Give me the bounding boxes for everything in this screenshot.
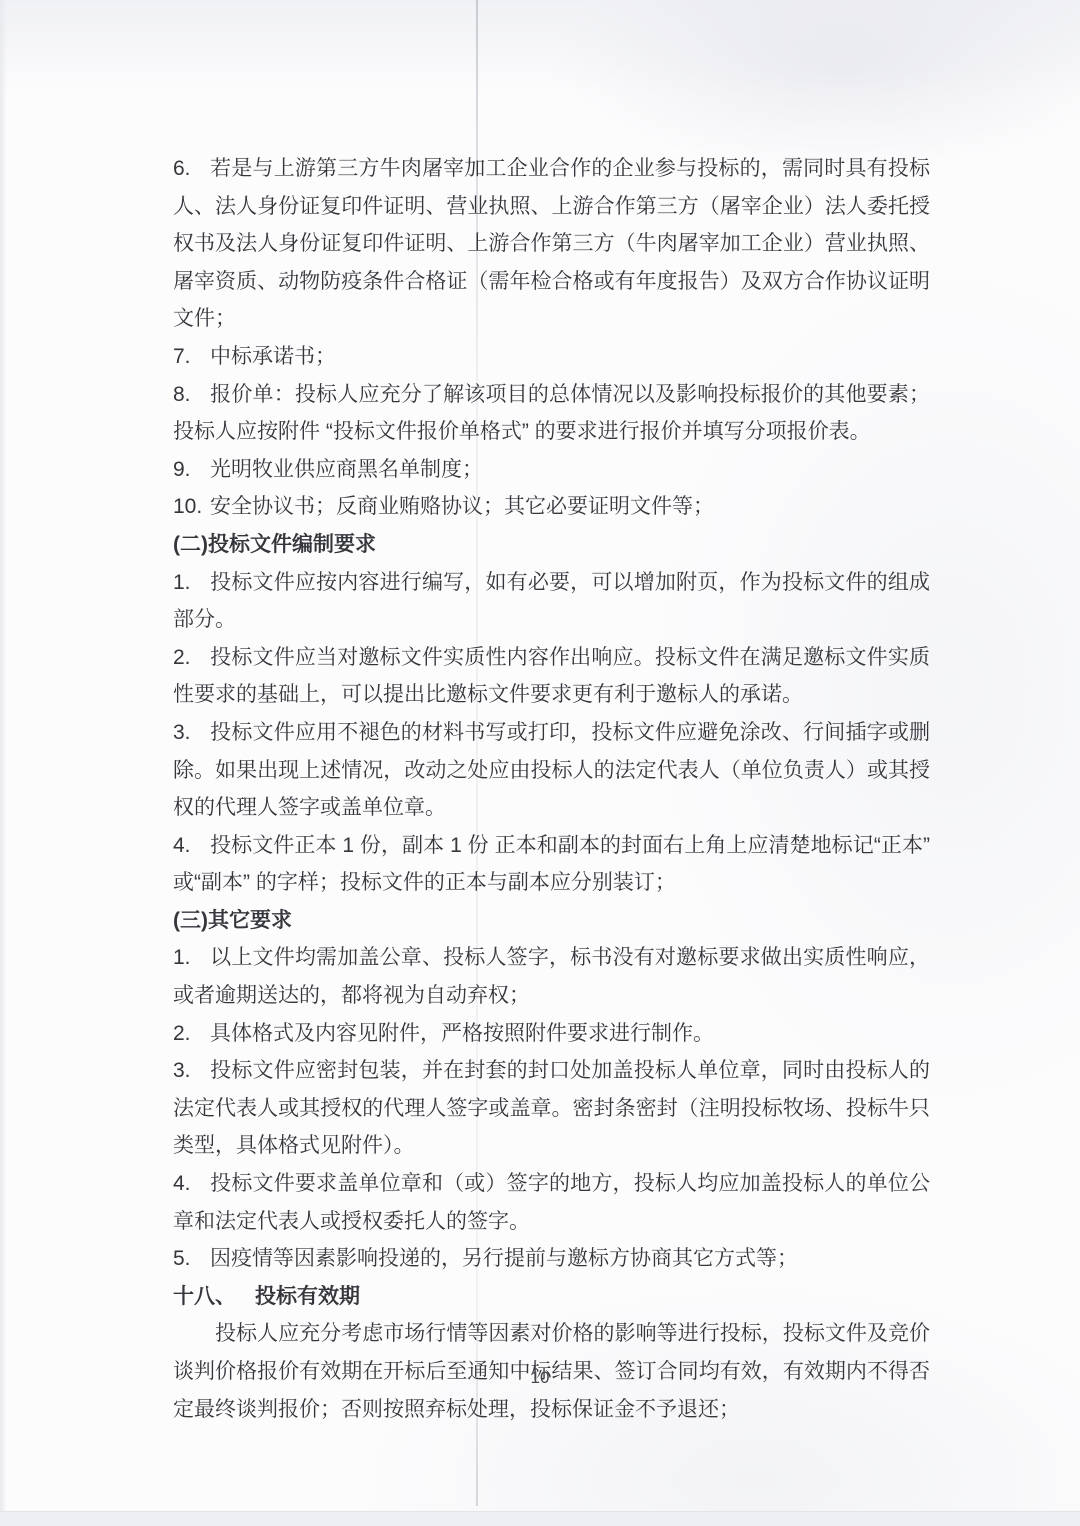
item-number: 十八、 bbox=[173, 1278, 255, 1316]
body-text: 投标文件应当对邀标文件实质性内容作出响应。投标文件在满足邀标文件实质性要求的基础… bbox=[173, 646, 930, 707]
page-bottom-edge-shadow bbox=[0, 1511, 1080, 1526]
heading-text: 投标有效期 bbox=[255, 1285, 360, 1308]
document-content: 6.若是与上游第三方牛肉屠宰加工企业合作的企业参与投标的，需同时具有投标人、法人… bbox=[173, 150, 930, 1428]
body-text: 具体格式及内容见附件，严格按照附件要求进行制作。 bbox=[210, 1022, 714, 1045]
body-text: 若是与上游第三方牛肉屠宰加工企业合作的企业参与投标的，需同时具有投标人、法人身份… bbox=[173, 157, 930, 330]
body-text: 报价单：投标人应充分了解该项目的总体情况以及影响投标报价的其他要素；投标人应按附… bbox=[173, 383, 930, 444]
item-number: 1. bbox=[173, 564, 210, 602]
item-number: 10. bbox=[173, 488, 210, 526]
item-number: 6. bbox=[173, 150, 210, 188]
list-item: 4.投标文件要求盖单位章和（或）签字的地方，投标人均应加盖投标人的单位公章和法定… bbox=[173, 1165, 930, 1240]
list-item: 10.安全协议书；反商业贿赂协议；其它必要证明文件等； bbox=[173, 488, 930, 526]
list-item: 2.具体格式及内容见附件，严格按照附件要求进行制作。 bbox=[173, 1015, 930, 1053]
list-item: 9.光明牧业供应商黑名单制度； bbox=[173, 451, 930, 489]
section-heading: (二)投标文件编制要求 bbox=[173, 526, 930, 564]
item-number: 3. bbox=[173, 714, 210, 752]
list-item: 1.以上文件均需加盖公章、投标人签字，标书没有对邀标要求做出实质性响应，或者逾期… bbox=[173, 939, 930, 1014]
list-item: 5.因疫情等因素影响投递的，另行提前与邀标方协商其它方式等； bbox=[173, 1240, 930, 1278]
body-text: 投标文件应用不褪色的材料书写或打印，投标文件应避免涂改、行间插字或删除。如果出现… bbox=[173, 721, 930, 819]
heading-text: (三)其它要求 bbox=[173, 909, 292, 932]
section-heading: 十八、投标有效期 bbox=[173, 1278, 930, 1316]
item-number: 8. bbox=[173, 376, 210, 414]
list-item: 1.投标文件应按内容进行编写，如有必要，可以增加附页，作为投标文件的组成部分。 bbox=[173, 564, 930, 639]
item-number: 7. bbox=[173, 338, 210, 376]
item-number: 2. bbox=[173, 1015, 210, 1053]
body-text: 安全协议书；反商业贿赂协议；其它必要证明文件等； bbox=[210, 495, 714, 518]
body-text: 因疫情等因素影响投递的，另行提前与邀标方协商其它方式等； bbox=[210, 1247, 798, 1270]
list-item: 3.投标文件应密封包装，并在封套的封口处加盖投标人单位章，同时由投标人的法定代表… bbox=[173, 1052, 930, 1165]
item-number: 1. bbox=[173, 939, 210, 977]
item-number: 5. bbox=[173, 1240, 210, 1278]
item-number: 4. bbox=[173, 1165, 210, 1203]
body-text: 投标文件要求盖单位章和（或）签字的地方，投标人均应加盖投标人的单位公章和法定代表… bbox=[173, 1172, 930, 1233]
item-number: 9. bbox=[173, 451, 210, 489]
body-text: 光明牧业供应商黑名单制度； bbox=[210, 458, 483, 481]
list-item: 2.投标文件应当对邀标文件实质性内容作出响应。投标文件在满足邀标文件实质性要求的… bbox=[173, 639, 930, 714]
list-item: 3.投标文件应用不褪色的材料书写或打印，投标文件应避免涂改、行间插字或删除。如果… bbox=[173, 714, 930, 827]
item-number: 4. bbox=[173, 827, 210, 865]
body-text: 投标文件应按内容进行编写，如有必要，可以增加附页，作为投标文件的组成部分。 bbox=[173, 571, 930, 632]
heading-text: (二)投标文件编制要求 bbox=[173, 533, 376, 556]
list-item: 6.若是与上游第三方牛肉屠宰加工企业合作的企业参与投标的，需同时具有投标人、法人… bbox=[173, 150, 930, 338]
body-text: 投标文件应密封包装，并在封套的封口处加盖投标人单位章，同时由投标人的法定代表人或… bbox=[173, 1059, 930, 1157]
body-text: 投标文件正本 1 份，副本 1 份 正本和副本的封面右上角上应清楚地标记“正本”… bbox=[173, 834, 930, 895]
item-number: 2. bbox=[173, 639, 210, 677]
section-heading: (三)其它要求 bbox=[173, 902, 930, 940]
item-number: 3. bbox=[173, 1052, 210, 1090]
body-text: 中标承诺书； bbox=[210, 345, 336, 368]
list-item: 8.报价单：投标人应充分了解该项目的总体情况以及影响投标报价的其他要素；投标人应… bbox=[173, 376, 930, 451]
list-item: 4.投标文件正本 1 份，副本 1 份 正本和副本的封面右上角上应清楚地标记“正… bbox=[173, 827, 930, 902]
body-text: 以上文件均需加盖公章、投标人签字，标书没有对邀标要求做出实质性响应，或者逾期送达… bbox=[173, 946, 930, 1007]
page-left-edge-shadow bbox=[0, 0, 7, 1526]
list-item: 7.中标承诺书； bbox=[173, 338, 930, 376]
page-number: 10 bbox=[0, 1368, 1080, 1388]
